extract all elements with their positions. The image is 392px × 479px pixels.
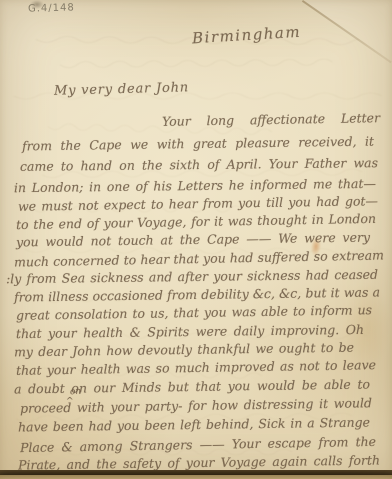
archive-reference: G.4/148 — [28, 2, 75, 14]
letter-page: G.4/148 Birmingham My very dear John You… — [0, 0, 392, 479]
bottom-edge-paper — [0, 475, 392, 479]
interlinear-insertion: on — [70, 387, 82, 398]
insertion-caret: ^ — [66, 397, 74, 407]
